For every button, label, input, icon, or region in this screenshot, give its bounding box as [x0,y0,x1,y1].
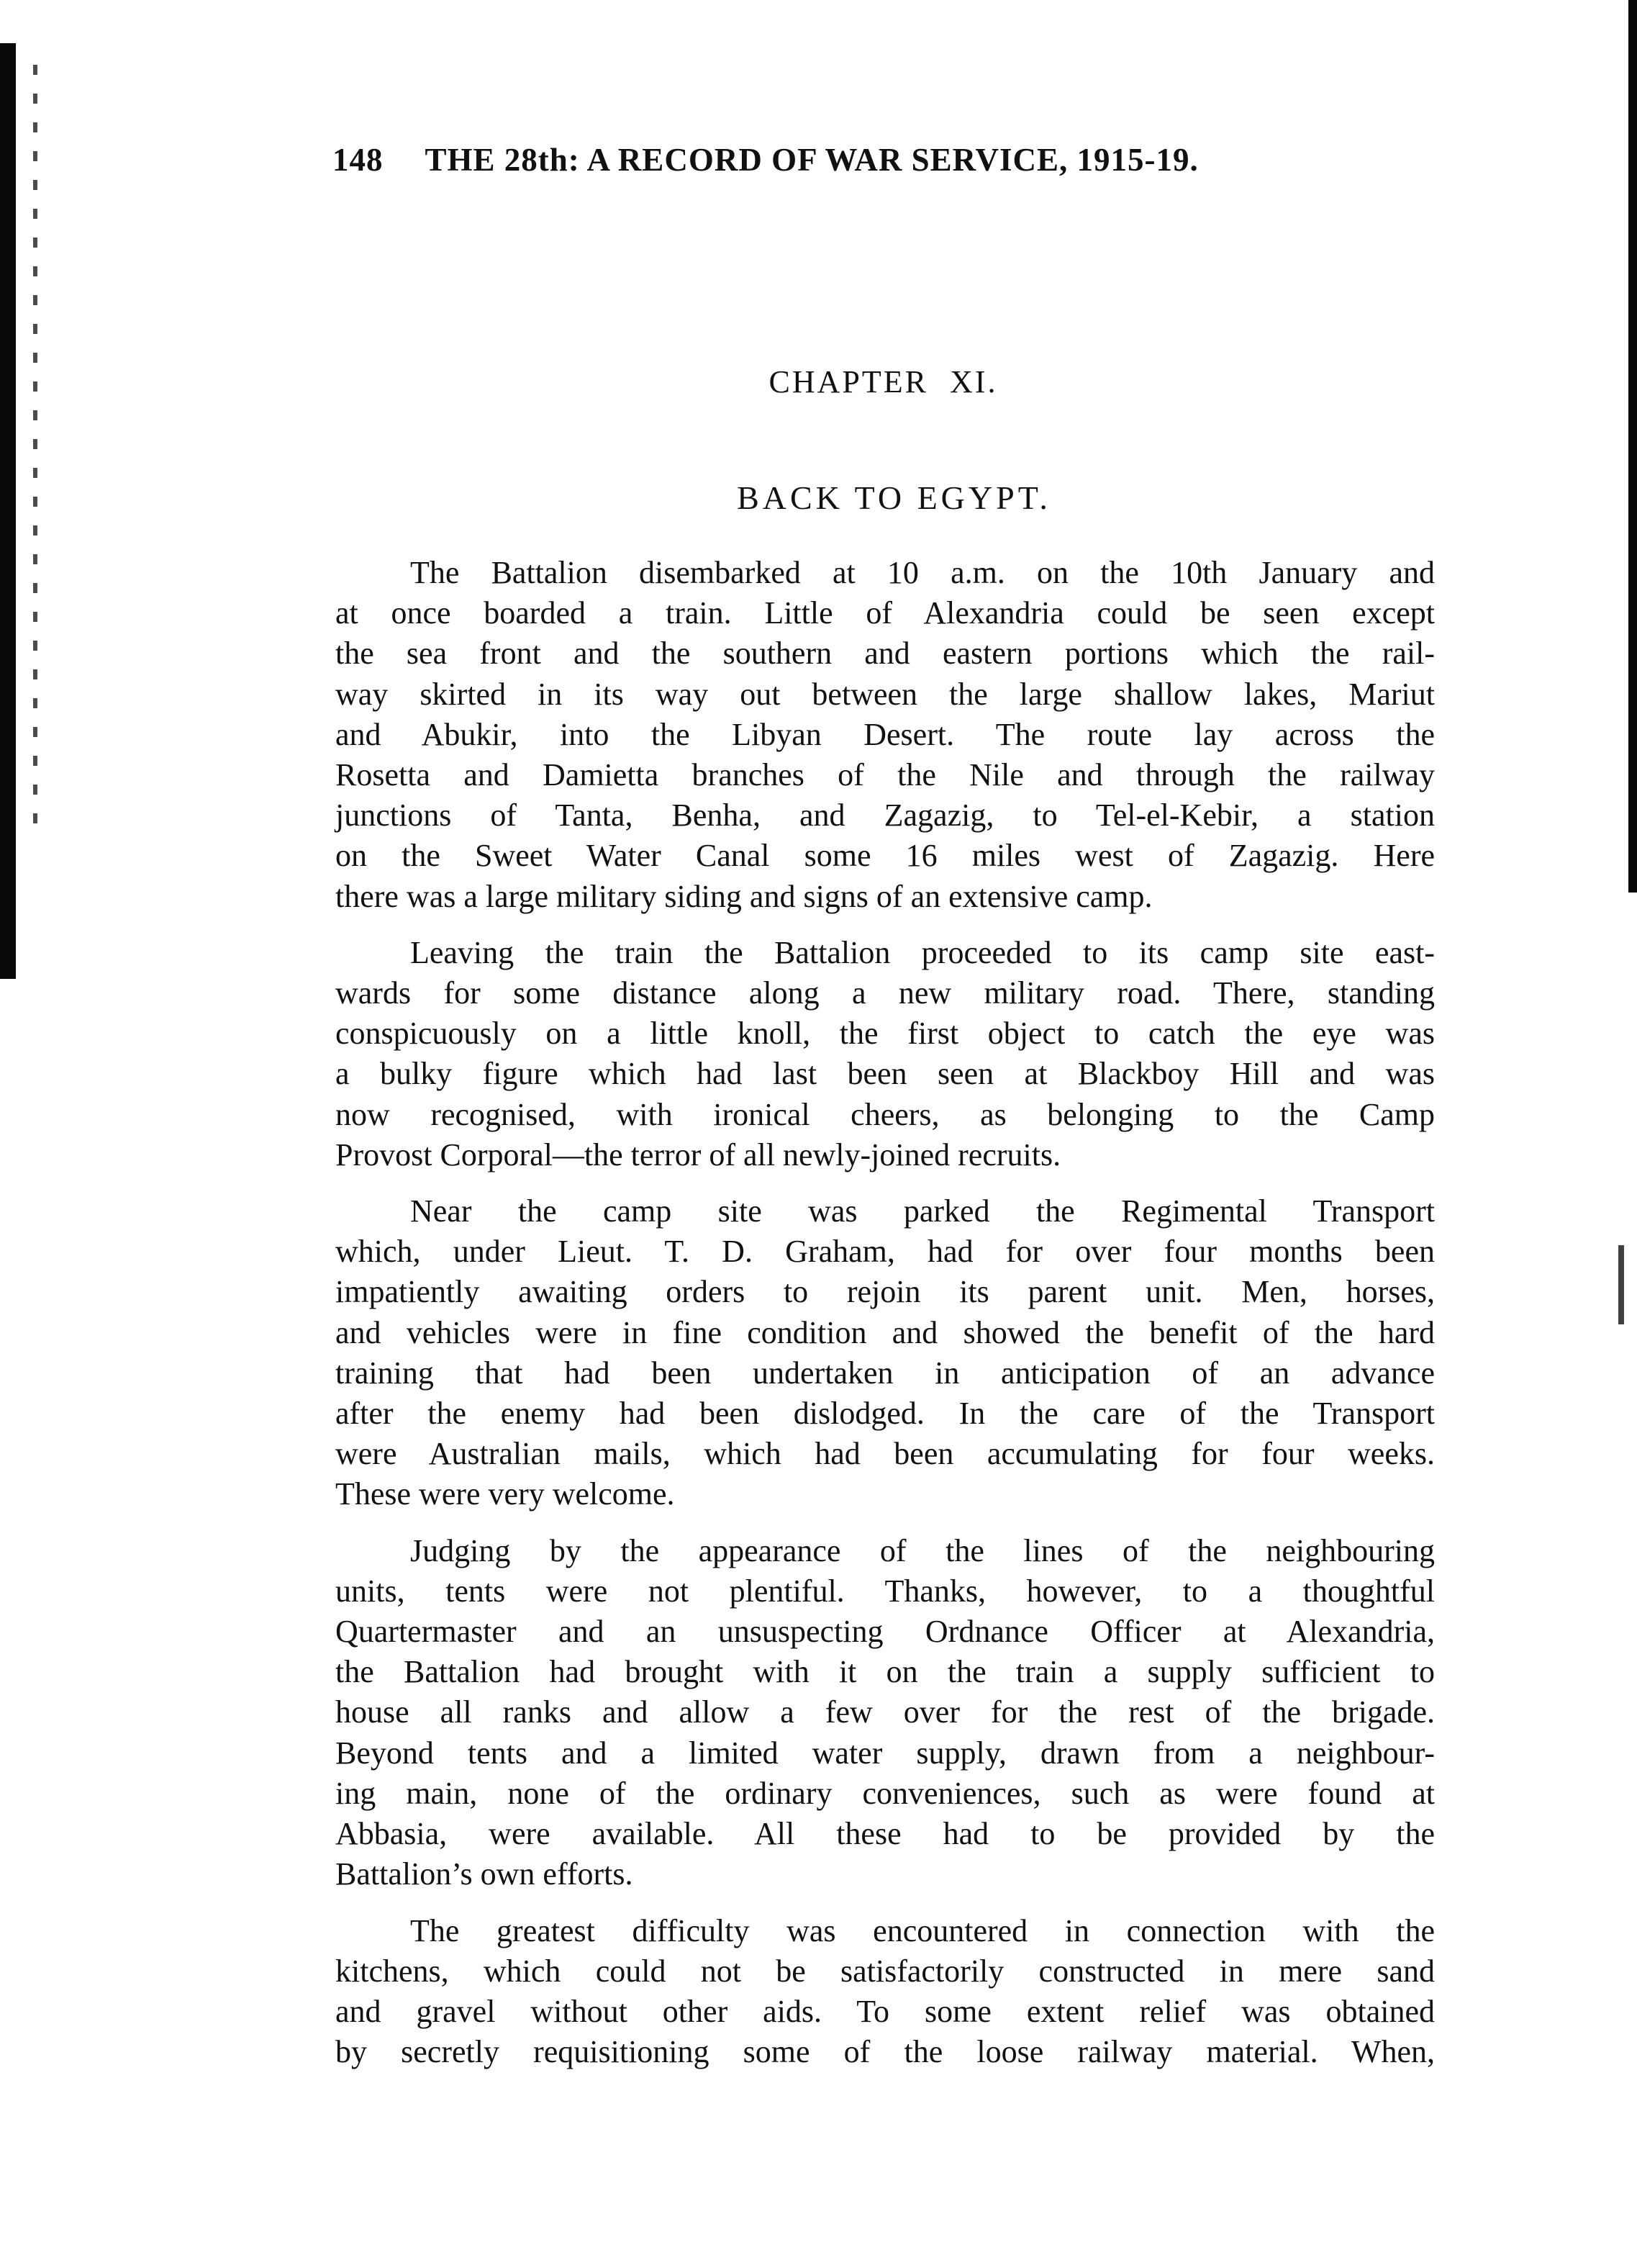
text-line: wards for some distance along a new mili… [335,973,1435,1013]
text-line: The Battalion disembarked at 10 a.m. on … [335,553,1435,593]
scan-artifact-right [1618,1245,1624,1324]
paragraph: Near the camp site was parked the Regime… [335,1191,1435,1515]
text-line: by secretly requisitioning some of the l… [335,2032,1435,2072]
text-line: and Abukir, into the Libyan Desert. The … [335,715,1435,755]
scan-border-right [1628,0,1637,893]
text-line: These were very welcome. [335,1474,1435,1514]
chapter-heading: CHAPTERXI. [335,363,1432,400]
text-line: training that had been undertaken in ant… [335,1353,1435,1393]
text-line: Beyond tents and a limited water supply,… [335,1733,1435,1774]
text-line: were Australian mails, which had been ac… [335,1434,1435,1474]
chapter-label: CHAPTER [769,364,928,399]
running-head: 148THE 28th: A RECORD OF WAR SERVICE, 19… [332,141,1484,184]
text-line: kitchens, which could not be satisfactor… [335,1951,1435,1992]
text-line: Quartermaster and an unsuspecting Ordnan… [335,1612,1435,1652]
text-line: Battalion’s own efforts. [335,1854,1435,1894]
text-line: there was a large military siding and si… [335,877,1435,917]
scan-border-left [0,43,16,979]
paragraph: Leaving the train the Battalion proceede… [335,933,1435,1175]
text-line: now recognised, with ironical cheers, as… [335,1095,1435,1135]
text-line: at once boarded a train. Little of Alexa… [335,593,1435,633]
text-line: Judging by the appearance of the lines o… [335,1531,1435,1571]
text-line: the sea front and the southern and easte… [335,633,1435,674]
text-line: Provost Corporal—the terror of all newly… [335,1135,1435,1175]
text-line: which, under Lieut. T. D. Graham, had fo… [335,1232,1435,1272]
text-line: Near the camp site was parked the Regime… [335,1191,1435,1232]
text-line: a bulky figure which had last been seen … [335,1054,1435,1094]
chapter-number: XI. [928,364,997,399]
text-line: Leaving the train the Battalion proceede… [335,933,1435,973]
text-line: the Battalion had brought with it on the… [335,1652,1435,1692]
text-line: and vehicles were in fine condition and … [335,1313,1435,1353]
text-line: The greatest difficulty was encountered … [335,1911,1435,1951]
text-line: after the enemy had been dislodged. In t… [335,1393,1435,1434]
text-line: on the Sweet Water Canal some 16 miles w… [335,836,1435,876]
paragraph: The greatest difficulty was encountered … [335,1911,1435,2073]
chapter-title: BACK TO EGYPT. [335,479,1432,517]
text-line: Rosetta and Damietta branches of the Nil… [335,755,1435,795]
page-number: 148 [332,141,384,179]
text-line: Abbasia, were available. All these had t… [335,1814,1435,1854]
text-line: junctions of Tanta, Benha, and Zagazig, … [335,795,1435,836]
text-line: way skirted in its way out between the l… [335,674,1435,715]
text-line: house all ranks and allow a few over for… [335,1692,1435,1732]
text-line: ing main, none of the ordinary convenien… [335,1774,1435,1814]
text-line: conspicuously on a little knoll, the fir… [335,1013,1435,1054]
text-line: impatiently awaiting orders to rejoin it… [335,1272,1435,1312]
text-line: and gravel without other aids. To some e… [335,1992,1435,2032]
body-text: The Battalion disembarked at 10 a.m. on … [335,553,1435,2088]
text-line: units, tents were not plentiful. Thanks,… [335,1571,1435,1612]
paragraph: Judging by the appearance of the lines o… [335,1531,1435,1895]
scan-artifact-left [33,65,37,828]
running-head-title: THE 28th: A RECORD OF WAR SERVICE, 1915-… [425,142,1199,178]
paragraph: The Battalion disembarked at 10 a.m. on … [335,553,1435,917]
